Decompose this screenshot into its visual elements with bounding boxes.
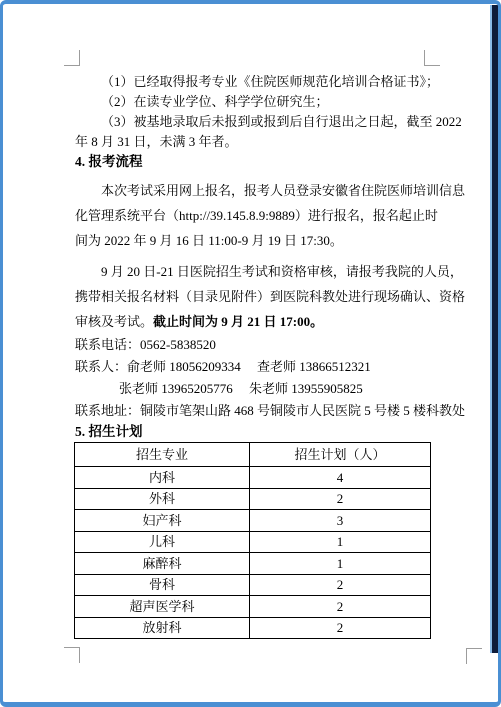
table-row: 放射科 2 <box>75 617 431 639</box>
major-cell: 骨科 <box>75 574 250 596</box>
contact-address: 联系地址：铜陵市笔架山路 468 号铜陵市人民医院 5 号楼 5 楼科教处 <box>75 400 440 422</box>
quota-cell: 2 <box>250 574 431 596</box>
major-cell: 放射科 <box>75 617 250 639</box>
major-cell: 外科 <box>75 488 250 510</box>
quota-cell: 1 <box>250 531 431 553</box>
paragraph-line: 间为 2022 年 9 月 16 日 11:00-9 月 19 日 17:30。 <box>75 228 440 253</box>
deadline-line-normal: 审核及考试。 <box>75 314 153 329</box>
table-row: 外科 2 <box>75 488 431 510</box>
table-header-row: 招生专业 招生计划（人） <box>75 443 431 467</box>
major-cell: 儿科 <box>75 531 250 553</box>
page-edge-bar <box>492 5 498 653</box>
onsite-review-paragraph: 9 月 20 日-21 日医院招生考试和资格审核，请报考我院的人员， 携带相关报… <box>75 259 440 334</box>
major-column-header: 招生专业 <box>75 443 250 467</box>
table-row: 超声医学科 2 <box>75 596 431 618</box>
section4-heading: 4. 报考流程 <box>75 152 440 172</box>
margin-mark-bottom-left-icon <box>64 647 80 663</box>
contact-persons-2: 张老师 13965205776 朱老师 13955905825 <box>75 378 440 400</box>
quota-cell: 2 <box>250 617 431 639</box>
table-row: 儿科 1 <box>75 531 431 553</box>
paragraph-line: 化管理系统平台（http://39.145.8.9:9889）进行报名，报名起止… <box>75 203 440 228</box>
enrollment-plan-table: 招生专业 招生计划（人） 内科 4 外科 2 妇产科 3 儿科 <box>74 442 431 639</box>
quota-cell: 4 <box>250 467 431 489</box>
quota-cell: 2 <box>250 488 431 510</box>
contact-persons-1: 联系人：俞老师 18056209334 查老师 13866512321 <box>75 356 440 378</box>
eligibility-item-3-wrap: 年 8 月 31 日，未满 3 年者。 <box>75 132 440 152</box>
online-registration-paragraph: 本次考试采用网上报名，报考人员登录安徽省住院医师培训信息 化管理系统平台（htt… <box>75 178 440 253</box>
table-row: 麻醉科 1 <box>75 553 431 575</box>
contact-phone: 联系电话：0562-5838520 <box>75 334 440 356</box>
eligibility-item-2: （2）在读专业学位、科学学位研究生； <box>75 92 440 112</box>
paragraph-line: 本次考试采用网上报名，报考人员登录安徽省住院医师培训信息 <box>75 178 440 203</box>
margin-mark-bottom-right-icon <box>466 648 482 664</box>
contact-block: 联系电话：0562-5838520 联系人：俞老师 18056209334 查老… <box>75 334 440 422</box>
eligibility-list: （1）已经取得报考专业《住院医师规范化培训合格证书》； （2）在读专业学位、科学… <box>75 72 440 152</box>
quota-cell: 2 <box>250 596 431 618</box>
deadline-line-bold: 截止时间为 9 月 21 日 17:00。 <box>153 314 323 329</box>
table-row: 内科 4 <box>75 467 431 489</box>
table-row: 妇产科 3 <box>75 510 431 532</box>
quota-column-header: 招生计划（人） <box>250 443 431 467</box>
major-cell: 麻醉科 <box>75 553 250 575</box>
section5-heading: 5. 招生计划 <box>75 422 440 442</box>
major-cell: 超声医学科 <box>75 596 250 618</box>
paragraph-line: 携带相关报名材料（目录见附件）到医院科教处进行现场确认、资格 <box>75 284 440 309</box>
document-body: （1）已经取得报考专业《住院医师规范化培训合格证书》； （2）在读专业学位、科学… <box>75 4 440 639</box>
quota-cell: 1 <box>250 553 431 575</box>
deadline-line: 审核及考试。截止时间为 9 月 21 日 17:00。 <box>75 309 440 334</box>
document-page: （1）已经取得报考专业《住院医师规范化培训合格证书》； （2）在读专业学位、科学… <box>0 0 501 707</box>
table-row: 骨科 2 <box>75 574 431 596</box>
paragraph-line: 9 月 20 日-21 日医院招生考试和资格审核，请报考我院的人员， <box>75 259 440 284</box>
eligibility-item-1: （1）已经取得报考专业《住院医师规范化培训合格证书》； <box>75 72 440 92</box>
major-cell: 内科 <box>75 467 250 489</box>
quota-cell: 3 <box>250 510 431 532</box>
eligibility-item-3: （3）被基地录取后未报到或报到后自行退出之日起，截至 2022 <box>75 112 440 132</box>
major-cell: 妇产科 <box>75 510 250 532</box>
